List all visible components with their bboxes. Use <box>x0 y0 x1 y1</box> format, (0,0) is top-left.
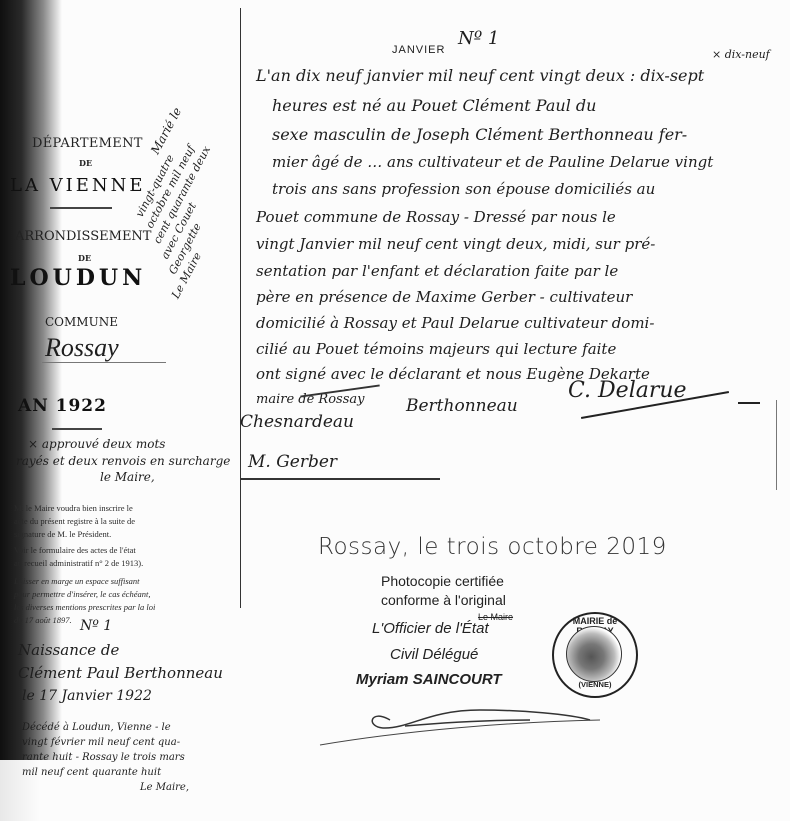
instruction-line: Voir le formulaire des actes de l'état <box>14 545 136 555</box>
approval-note-line3: le Maire, <box>100 470 155 484</box>
instruction-line: les diverses mentions prescrites par la … <box>14 602 155 612</box>
certification-date: Rossay, le trois octobre 2019 <box>318 534 667 560</box>
act-line: domicilié à Rossay et Paul Delarue culti… <box>256 314 654 332</box>
act-line: mier âgé de … ans cultivateur et de Paul… <box>272 153 713 171</box>
civil-register-page: DÉPARTEMENT DE LA VIENNE ARRONDISSEMENT … <box>0 0 790 821</box>
death-mention-line: rante huit - Rossay le trois mars <box>22 752 185 763</box>
act-line: vingt Janvier mil neuf cent vingt deux, … <box>256 235 655 253</box>
signature-father: Berthonneau <box>406 396 518 416</box>
mairie-seal-stamp: MAIRIE de ROSSAY (VIENNE) <box>552 612 638 698</box>
arrondissement-label: ARRONDISSEMENT <box>15 229 151 244</box>
marriage-mention: Marié le <box>148 105 185 157</box>
act-title-line3: le 17 Janvier 1922 <box>22 688 152 704</box>
act-line: cilié au Pouet témoins majeurs qui lectu… <box>256 340 616 358</box>
de-label: DE <box>79 158 92 168</box>
act-line: heures est né au Pouet Clément Paul du <box>272 96 596 115</box>
act-number: Nº 1 <box>458 28 499 49</box>
correction-note: × dix-neuf <box>712 48 770 61</box>
departement-name: LA VIENNE <box>10 175 146 196</box>
month-label: JANVIER <box>392 44 445 56</box>
act-line: trois ans sans profession son épouse dom… <box>272 180 655 198</box>
seal-emblem-icon <box>566 626 622 682</box>
signature-underline <box>240 478 440 480</box>
margin-act-number: Nº 1 <box>80 618 112 634</box>
act-line: sexe masculin de Joseph Clément Berthonn… <box>272 125 687 144</box>
act-line: L'an dix neuf janvier mil neuf cent ving… <box>256 66 704 85</box>
death-mention-line: Le Maire, <box>140 782 189 793</box>
instruction-line: au recueil administratif n° 2 de 1913). <box>14 558 143 568</box>
act-title-line1: Naissance de <box>18 641 119 659</box>
marriage-mention-line: Marié le <box>148 105 185 157</box>
certification-line2: conforme à l'original <box>381 592 506 608</box>
death-mention-line: vingt février mil neuf cent qua- <box>22 737 180 748</box>
ornament <box>50 207 112 209</box>
officer-title: L'Officier de l'État <box>372 620 489 637</box>
officer-role: Civil Délégué <box>390 646 478 663</box>
stamp-bottom-text: (VIENNE) <box>554 680 636 689</box>
year-label: AN 1922 <box>18 396 107 416</box>
death-mention-line: mil neuf cent quarante huit <box>22 767 161 778</box>
instruction-line: Laisser en marge un espace suffisant <box>14 576 140 586</box>
instruction-line: pour permettre d'insérer, le cas échéant… <box>14 589 150 599</box>
commune-label: COMMUNE <box>45 315 118 329</box>
signature-mayor: Chesnardeau <box>240 412 354 432</box>
ornament-2 <box>52 428 102 430</box>
departement-label: DÉPARTEMENT <box>32 136 143 151</box>
right-rule <box>776 400 777 490</box>
signature-flourish <box>738 402 760 404</box>
commune-name: Rossay <box>45 333 119 363</box>
act-line: Pouet commune de Rossay - Dressé par nou… <box>256 208 616 226</box>
instruction-line: du 17 août 1897. <box>14 615 72 625</box>
instruction-line: signature de M. le Président. <box>14 529 111 539</box>
act-line: sentation par l'enfant et déclaration fa… <box>256 262 618 280</box>
arrondissement-name: LOUDUN <box>10 265 146 291</box>
signature-witness-gerber: M. Gerber <box>248 452 337 472</box>
approval-note-line1: × approuvé deux mots <box>28 437 165 451</box>
instruction-line: acte du présent registre à la suite de <box>14 516 135 526</box>
signature-witness-delarue: C. Delarue <box>568 378 687 403</box>
commune-underline <box>42 362 166 363</box>
death-mention-line: Décédé à Loudun, Vienne - le <box>22 722 171 733</box>
act-line: père en présence de Maxime Gerber - cult… <box>256 288 632 306</box>
de-label-2: DE <box>78 253 91 263</box>
approval-note-line2: rayés et deux renvois en surcharge <box>16 454 230 468</box>
margin-rule <box>240 8 241 608</box>
officer-name: Myriam SAINCOURT <box>356 671 502 688</box>
certification-line1: Photocopie certifiée <box>381 573 504 589</box>
act-title-line2: Clément Paul Berthonneau <box>18 664 223 682</box>
instruction-line: M. le Maire voudra bien inscrire le <box>14 503 133 513</box>
officer-signature <box>310 690 610 750</box>
